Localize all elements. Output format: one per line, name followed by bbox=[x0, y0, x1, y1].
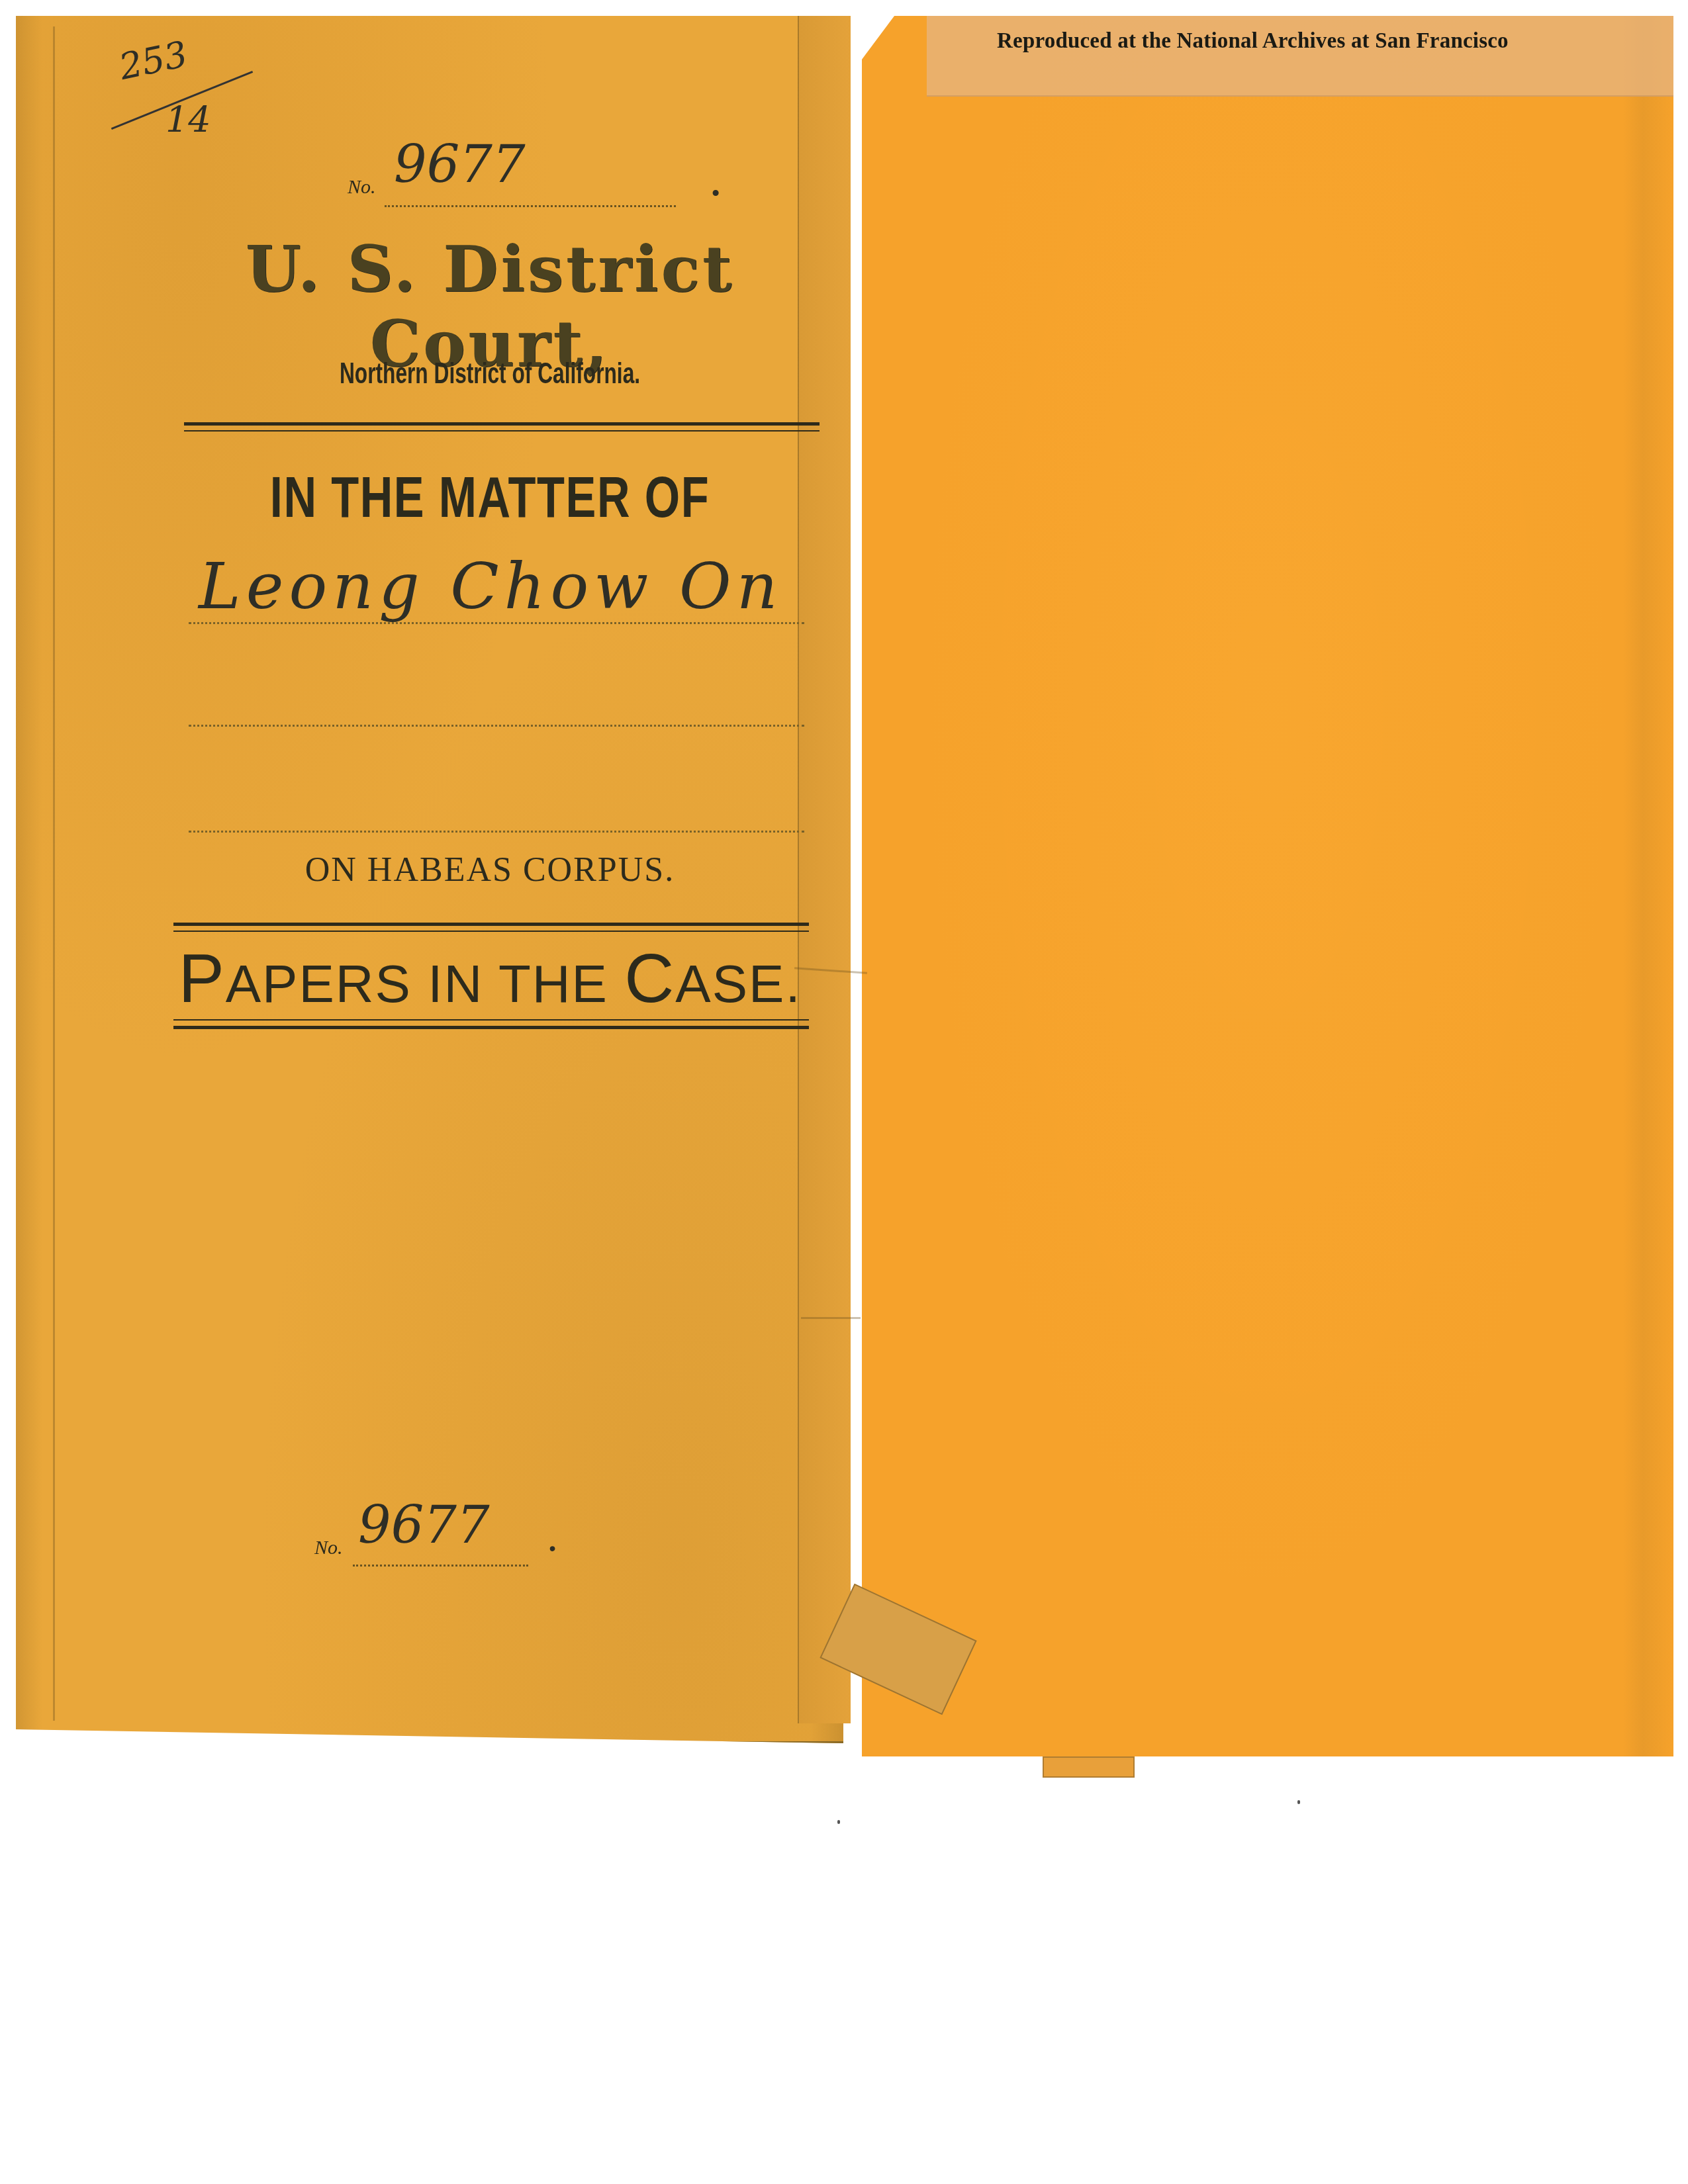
papers-heading-part-2: ASE. bbox=[675, 954, 801, 1013]
divider-thick-lower bbox=[173, 1026, 809, 1029]
papers-heading-cap-c: C bbox=[624, 940, 675, 1017]
party-name-handwritten: Leong Chow On bbox=[199, 549, 782, 623]
fold-tear-lower bbox=[801, 1317, 861, 1319]
folder-back-panel bbox=[862, 16, 1673, 1756]
party-name-line-3 bbox=[189, 831, 804, 833]
divider-thin bbox=[184, 430, 820, 432]
divider-thick bbox=[184, 422, 820, 426]
scan-speck bbox=[1297, 1800, 1300, 1804]
papers-heading-cap-p: P bbox=[178, 940, 225, 1017]
case-number-trailing-dot: . bbox=[708, 152, 723, 206]
case-number-value: 9677 bbox=[394, 135, 526, 195]
bottom-tab bbox=[1043, 1756, 1135, 1778]
case-number-bottom-label: No. bbox=[314, 1537, 343, 1559]
district-subtitle: Northern District of California. bbox=[256, 357, 724, 390]
scan-speck bbox=[837, 1820, 840, 1824]
case-number-bottom-value: 9677 bbox=[358, 1496, 490, 1555]
case-number-label: No. bbox=[348, 176, 376, 199]
matter-heading: IN THE MATTER OF bbox=[237, 463, 743, 531]
fraction-numerator: 253 bbox=[116, 33, 191, 88]
case-number-bottom-trailing-dot: . bbox=[546, 1514, 559, 1561]
fraction-denominator: 14 bbox=[165, 99, 211, 141]
case-number-dotted-line bbox=[385, 205, 676, 207]
case-number-bottom-dotted-line bbox=[353, 1565, 528, 1567]
archive-label-text: Reproduced at the National Archives at S… bbox=[997, 29, 1509, 54]
divider-thin-upper bbox=[173, 931, 809, 932]
divider-thin-lower bbox=[173, 1019, 809, 1021]
party-name-line-1 bbox=[189, 622, 804, 624]
case-number-bottom: No. 9677 . bbox=[314, 1496, 645, 1569]
divider-thick-upper bbox=[173, 923, 809, 926]
proceeding-type: ON HABEAS CORPUS. bbox=[165, 850, 814, 889]
papers-heading-part-1: APERS IN THE bbox=[226, 954, 624, 1013]
party-name-line-2 bbox=[189, 725, 804, 727]
handwritten-file-fraction: 253 14 bbox=[99, 40, 271, 146]
papers-heading: PAPERS IN THE CASE. bbox=[165, 940, 814, 1019]
archive-label-strip: Reproduced at the National Archives at S… bbox=[927, 16, 1673, 97]
vertical-crease-left bbox=[53, 26, 55, 1721]
case-number-top: No. 9677 . bbox=[348, 139, 758, 212]
